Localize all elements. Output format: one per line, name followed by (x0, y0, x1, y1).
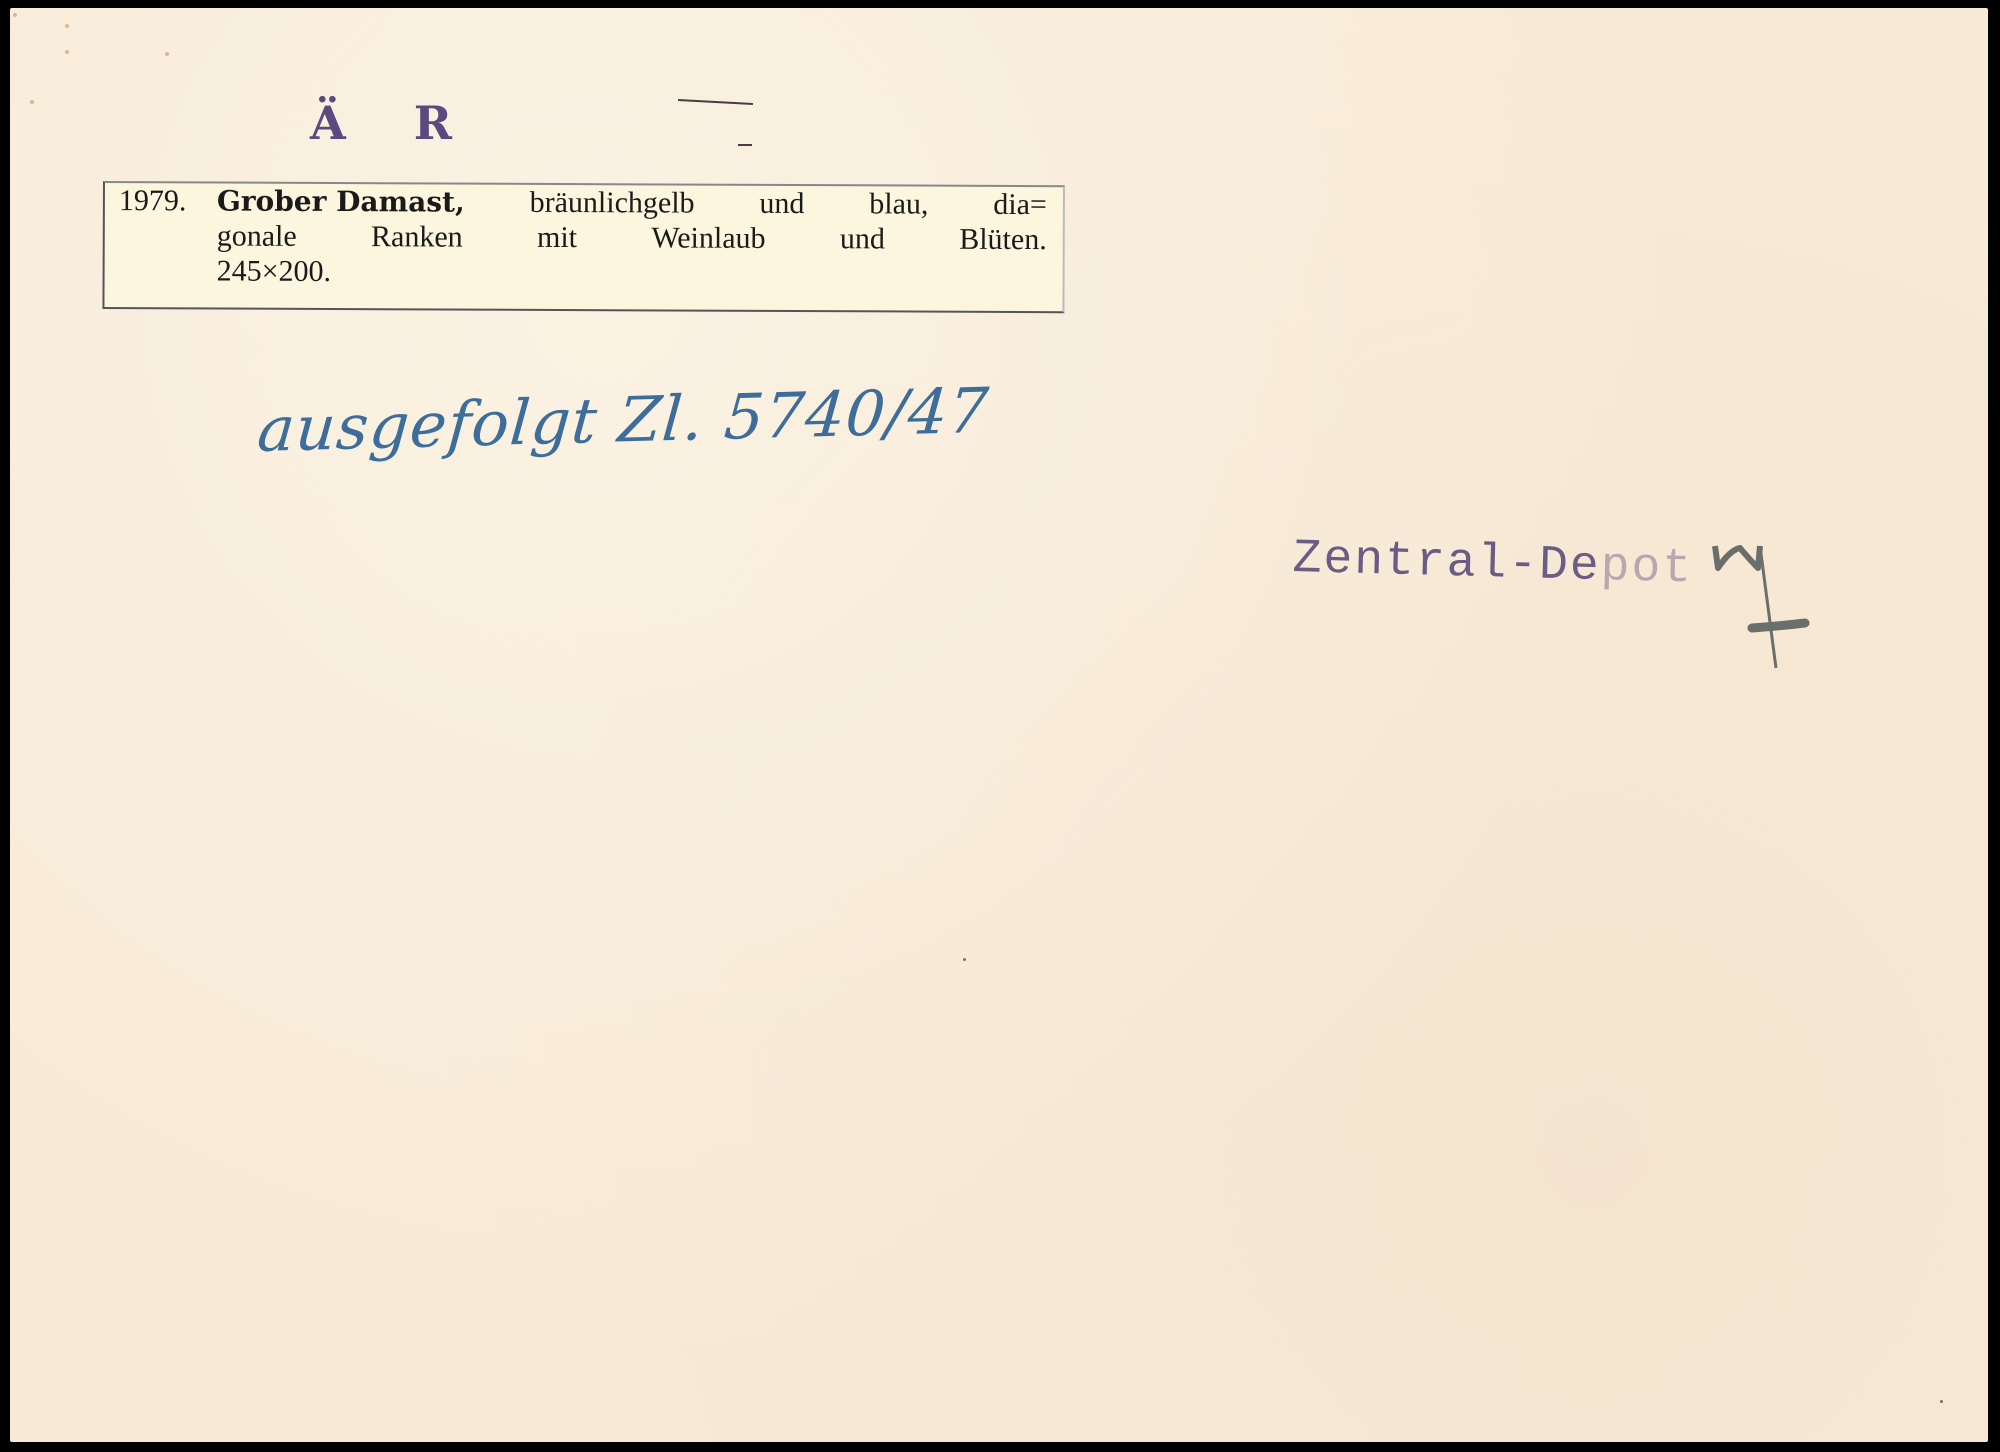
printed-catalog-label: 1979. Grober Damast, bräunlichgelb und b… (102, 181, 1065, 313)
dimensions: 245×200. (217, 253, 332, 288)
pencil-seven-mark (1710, 538, 1820, 673)
stamp-zentral-depot: Zentral-Depot (1292, 532, 1694, 596)
catalog-description: Grober Damast, bräunlichgelb und blau, d… (217, 183, 1047, 292)
catalog-number: 1979. (119, 183, 187, 218)
paper-speck (1940, 1400, 1943, 1403)
pen-mark (738, 144, 752, 146)
label-line-1: Grober Damast, bräunlichgelb und blau, d… (217, 183, 1047, 222)
paper-speck (65, 50, 69, 54)
paper-speck (30, 100, 34, 104)
stamp-ar: Ä R (310, 96, 478, 150)
paper-speck (65, 24, 69, 28)
catalog-title: Grober Damast, (217, 183, 465, 219)
paper-speck (13, 13, 17, 17)
label-line-2: gonale Ranken mit Weinlaub und Blüten. (217, 218, 1047, 257)
paper-speck (963, 958, 966, 961)
paper-speck (165, 52, 169, 56)
handwritten-note: ausgefolgt Zl. 5740/47 (255, 374, 992, 466)
label-line-3: 245×200. (217, 253, 1047, 292)
pen-mark (678, 99, 753, 105)
index-card: Ä R 1979. Grober Damast, bräunlichgelb u… (10, 8, 1988, 1442)
